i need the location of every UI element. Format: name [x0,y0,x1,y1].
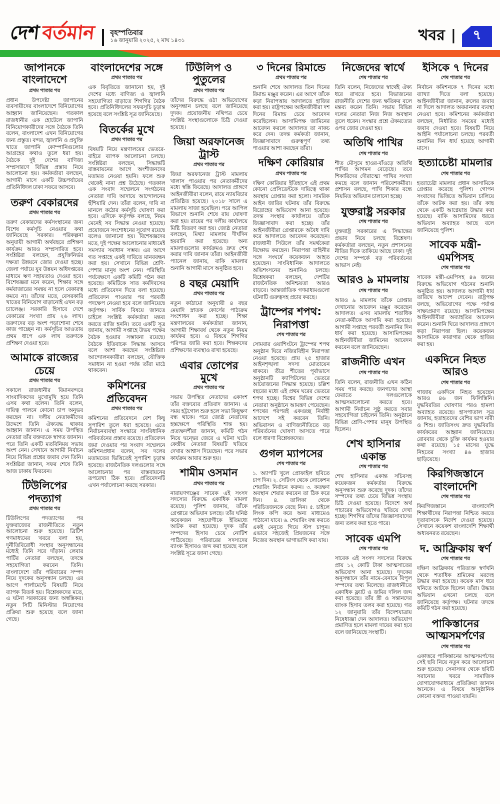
article-body: নতুন কাঠামো অনুযায়ী ৪ বছর মেয়াদি স্নাত… [170,301,247,355]
article-body: কিরগিজস্তানে বাংলাদেশি শিক্ষার্থীদের নির… [417,504,494,538]
article: পাকিস্তানের আত্মসমর্পণের শেষ পাতার পর এক… [417,618,494,701]
article-body: আরও ৯ মামলায় তাঁকে গ্রেপ্তার দেখানোর আব… [335,298,412,352]
article-headline: হত্যাচেষ্টা মামলার [417,157,494,169]
article-body: তরুণ বেকারদের কর্মসংস্থানের জন্য বিশেষ ক… [6,220,83,347]
article-headline: ৩ দিনের রিমান্ডে [253,62,330,74]
article: টিউলিপ ও পুতুলের প্রথম পাতার পর তাঁদের ব… [170,62,247,131]
article-dateline: শেষ পাতার পর [335,219,412,227]
article-headline: ৪ বছর মেয়াদি [170,278,247,290]
article-headline: দক্ষিণ কোরিয়ার [253,157,330,169]
logo-text-bartoman: বর্তমান [40,19,96,51]
article: সাবেক মন্ত্রী-এমপিসহ শেষ পাতার পর সাবেক … [417,239,494,348]
article: ৪ বছর মেয়াদি প্রথম পাতার পর নতুন কাঠামো… [170,278,247,355]
article-body: দক্ষিণ কোরিয়ার ইতিহাসে এই প্রথম কোনো প্… [253,181,330,302]
article: আরও ৯ মামলায় শেষ পাতার পর আরও ৯ মামলায়… [335,274,412,351]
article-headline: আরও ৯ মামলায় [335,274,412,286]
article-dateline: শেষ পাতার পর [417,556,494,564]
article-dateline: প্রথম পাতার পর [88,137,165,145]
article-dateline: শেষ পাতার পর [335,370,412,378]
article: হত্যাচেষ্টা মামলার শেষ পাতার পর হত্যাচেষ… [417,157,494,234]
article-dateline: শেষ পাতার পর [335,151,412,159]
section-separator: | [451,28,456,44]
article-body: বিষয়টি নিয়ে মন্ত্রণালয়ের ভেতরে-বাইরে … [88,147,165,375]
article-headline: রাজনীতি এখন [335,356,412,368]
article: টিউলিপের পদত্যাগ প্রথম পাতার পর টিউলিপের… [6,480,83,623]
article-body: টিউলিপের পদত্যাগের পর যুক্তরাজ্যের রাজনী… [6,516,83,623]
page-number-box: ৭ [462,26,492,47]
article-headline: টিউলিপের পদত্যাগ [6,480,83,505]
article-dateline: শেষ পাতার পর [335,546,412,554]
article-body: শুনানি শেষে আদালত তিন দিনের রিমান্ড মঞ্জ… [253,85,330,152]
article-body: হত্যাচেষ্টা মামলার প্রধান আসামিকে গ্রেপ্… [417,181,494,235]
article-dateline: শেষ পাতার পর [253,461,330,469]
article-body: একাত্তরে পাকিস্তানের আত্মসমর্পণের সেই ছব… [417,654,494,701]
page-number: ৭ [473,26,481,47]
article-headline: শেখ হাসিনার একান্ত [335,438,412,463]
article: কিরগিজস্তানে বাংলাদেশি শেষ পাতার পর কিরগ… [417,468,494,537]
article: শেখ হাসিনার একান্ত শেষ পাতার পর শেখ হাসি… [335,438,412,527]
article: দ. আফ্রিকায় স্বর্ণ শেষ পাতার পর দক্ষিণ … [417,543,494,613]
article-dateline: প্রথম পাতার পর [253,171,330,179]
article-body: দক্ষিণ আফ্রিকায় পরিত্যক্ত স্বর্ণখনি থেক… [417,566,494,613]
article: আমাকে রাজ্যের চেয়ে প্রথম পাতার পর সকালে… [6,352,83,475]
article: ট্রাম্পের শপথ: নিরাপত্তা শেষ পাতার পর সো… [253,306,330,442]
section-header: খবর | ৭ [418,24,492,49]
article: শামীম ওসমান প্রথম পাতার পর নারায়ণগঞ্জের… [170,467,247,557]
article-body: সকালে রাজধানীর বিমানবন্দরে সাংবাদিকদের ম… [6,388,83,475]
article: যুক্তরাষ্ট্র সরকার শেষ পাতার পর যুক্তরাষ… [335,206,412,270]
masthead-divider [102,29,104,46]
news-column: জাপানকে বাংলাদেশে প্রথম পাতার পর প্রধান … [6,62,83,799]
article-dateline: শেষ পাতার পর [335,464,412,472]
article-body: তাঁদের বিরুদ্ধে ওঠা অভিযোগের অনুসন্ধান চ… [170,98,247,132]
article: একদিনে নিহত আরও শেষ পাতার পর গাজায় একদি… [417,354,494,463]
page-corner-fold-icon [462,26,471,34]
article: রাজনীতি এখন শেষ পাতার পর তিনি বলেন, রাজন… [335,356,412,433]
article-dateline: প্রথম পাতার পর [170,481,247,489]
news-column: বাংলাদেশের সঙ্গে প্রথম পাতার পর এক বিবৃত… [88,62,165,799]
article-body: তিনি বলেন, রাজনীতি এখন কঠিন সময় পার করছ… [335,380,412,434]
article-dateline: প্রথম পাতার পর [6,210,83,218]
article-headline: বিতর্কের মুখে [88,124,165,136]
article-dateline: শেষ পাতার পর [253,332,330,340]
date-line: ১৬ জানুয়ারি ২০২৫, ২ মাঘ ১৪৩১ [110,38,185,45]
article-dateline: শেষ পাতার পর [417,494,494,502]
article-body: সভায় উপস্থিত নেতাদের একাংশ তাঁর বক্তব্য… [170,395,247,462]
article-body: কমিশনের প্রতিবেদনে বেশ কিছু সুপারিশ তুলে… [88,416,165,490]
colorbar-green-segment [0,50,150,57]
article: অতিথি পাখির শেষ পাতার পর শীত মৌসুমে হাওর… [335,137,412,201]
article-headline: নিজেদের স্বার্থে [335,62,412,74]
article-dateline: প্রথম পাতার পর [170,291,247,299]
article-headline: এবার তোপের মুখে [170,360,247,385]
article: এবার তোপের মুখে প্রথম পাতার পর সভায় উপস… [170,360,247,463]
article-headline: সাবেক মন্ত্রী-এমপিসহ [417,239,494,264]
article-dateline: শেষ পাতার পর [335,75,412,83]
article: তরুণ বেকারদের প্রথম পাতার পর তরুণ বেকারদ… [6,197,83,348]
article-dateline: প্রথম পাতার পর [6,378,83,386]
article-headline: ট্রাম্পের শপথ: নিরাপত্তা [253,306,330,331]
article-headline: তরুণ বেকারদের [6,197,83,209]
news-column: ৩ দিনের রিমান্ডে প্রথম পাতার পর শুনানি শ… [253,62,330,799]
article-headline: টিউলিপ ও পুতুলের [170,62,247,87]
article-body: জিয়া অরফানেজ ট্রাস্ট মামলায় খালাস পাওয… [170,172,247,273]
article-headline: একদিনে নিহত আরও [417,354,494,379]
article-dateline: প্রথম পাতার পর [88,406,165,414]
article-body: গাজায় একদিনে নিহত হয়েছেন আরও ৪৬ জন ফিল… [417,390,494,464]
masthead: দেশ বর্তমান বৃহস্পতিবার ১৬ জানুয়ারি ২০২… [10,23,492,49]
article: জিয়া অরফানেজ ট্রাস্ট প্রথম পাতার পর জিয… [170,136,247,272]
article: নিজেদের স্বার্থে শেষ পাতার পর তিনি বলেন,… [335,62,412,132]
article-headline: কিরগিজস্তানে বাংলাদেশি [417,468,494,493]
article-body: নির্বাচন কমিশনকে ৭ দিনের মধ্যে ব্যাখ্যা … [417,85,494,152]
article-headline: অতিথি পাখির [335,137,412,149]
article-headline: যুক্তরাষ্ট্র সরকার [335,206,412,218]
article: দক্ষিণ কোরিয়ার প্রথম পাতার পর দক্ষিণ কো… [253,157,330,301]
article-dateline: শেষ পাতার পর [417,171,494,179]
article-body: শীত মৌসুমে হাওর-বাঁওড়ে অতিথি পাখির আগমন… [335,161,412,201]
articles-grid: জাপানকে বাংলাদেশে প্রথম পাতার পর প্রধান … [6,62,494,799]
article-body: সাবেক এই সংসদ সদস্যের বিরুদ্ধে প্রায় ১২… [335,556,412,636]
article-dateline: প্রথম পাতার পর [6,88,83,96]
article: গুগল ম্যাপসের শেষ পাতার পর ১. অ্যাপটি খু… [253,448,330,545]
article-body: নারায়ণগঞ্জের সাবেক এই সংসদ সদস্যের বিরু… [170,491,247,558]
date-block: বৃহস্পতিবার ১৬ জানুয়ারি ২০২৫, ২ মাঘ ১৪৩… [110,27,185,46]
article-headline: গুগল ম্যাপসের [253,448,330,460]
article: বিতর্কের মুখে প্রথম পাতার পর বিষয়টি নিয… [88,124,165,375]
article-headline: ইসিকে ৭ দিনের [417,62,494,74]
article-body: শেখ হাসিনার একান্ত সচিবসহ কয়েকজন কর্মকর… [335,474,412,528]
article-body: এক বিবৃতিতে জানানো হয়, দুই দেশের মধ্যে … [88,85,165,119]
article-dateline: শেষ পাতার পর [417,265,494,273]
article-headline: আমাকে রাজ্যের চেয়ে [6,352,83,377]
article-headline: পাকিস্তানের আত্মসমর্পণের [417,618,494,643]
article-dateline: প্রথম পাতার পর [170,385,247,393]
news-column: টিউলিপ ও পুতুলের প্রথম পাতার পর তাঁদের ব… [170,62,247,799]
article-body: যুক্তরাষ্ট্র সরকারের এ সিদ্ধান্তের প্রভা… [335,229,412,269]
article-dateline: প্রথম পাতার পর [170,88,247,96]
newspaper-logo: দেশ বর্তমান [10,19,94,53]
article-dateline: প্রথম পাতার পর [170,162,247,170]
article: জাপানকে বাংলাদেশে প্রথম পাতার পর প্রধান … [6,62,83,192]
article: সাবেক এমপি শেষ পাতার পর সাবেক এই সংসদ সদ… [335,533,412,637]
article: কমিশনের প্রতিবেদন প্রথম পাতার পর কমিশনের… [88,380,165,489]
article-dateline: শেষ পাতার পর [417,75,494,83]
article-headline: দ. আফ্রিকায় স্বর্ণ [417,543,494,555]
article-body: তিনি বলেন, নিজেদের স্বার্থেই ঐক্য ধরে রা… [335,85,412,132]
weekday-label: বৃহস্পতিবার [110,29,185,38]
news-column: ইসিকে ৭ দিনের শেষ পাতার পর নির্বাচন কমিশ… [417,62,494,799]
article: ৩ দিনের রিমান্ডে প্রথম পাতার পর শুনানি শ… [253,62,330,152]
article-dateline: শেষ পাতার পর [335,288,412,296]
article-dateline: প্রথম পাতার পর [253,75,330,83]
article-headline: কমিশনের প্রতিবেদন [88,380,165,405]
article-dateline: শেষ পাতার পর [417,644,494,652]
article-headline: জাপানকে বাংলাদেশে [6,62,83,87]
article-dateline: প্রথম পাতার পর [88,75,165,83]
section-label: খবর [418,24,444,49]
newspaper-page: দেশ বর্তমান বৃহস্পতিবার ১৬ জানুয়ারি ২০২… [0,0,500,804]
article: ইসিকে ৭ দিনের শেষ পাতার পর নির্বাচন কমিশ… [417,62,494,152]
article-headline: শামীম ওসমান [170,467,247,479]
logo-text-desh: দেশ [8,19,41,53]
article: বাংলাদেশের সঙ্গে প্রথম পাতার পর এক বিবৃত… [88,62,165,119]
masthead-colorbar [0,50,500,57]
article-body: সোমবার ওয়াশিংটনে ট্রাম্পের শপথ অনুষ্ঠান… [253,342,330,443]
article-dateline: শেষ পাতার পর [417,380,494,388]
article-body: সাবেক মন্ত্রী-এমপিসহ ৪৬ জনের বিরুদ্ধে অভ… [417,275,494,349]
article-body: ১. অ্যাপটি খুলে প্রোফাইল ছবিতে চাপ দিন। … [253,471,330,545]
news-column: নিজেদের স্বার্থে শেষ পাতার পর তিনি বলেন,… [335,62,412,799]
article-dateline: প্রথম পাতার পর [6,506,83,514]
article-headline: সাবেক এমপি [335,533,412,545]
article-body: প্রধান উপদেষ্টা জাপানের ব্যবসায়ীদের বাং… [6,98,83,192]
article-headline: বাংলাদেশের সঙ্গে [88,62,165,74]
article-headline: জিয়া অরফানেজ ট্রাস্ট [170,136,247,161]
